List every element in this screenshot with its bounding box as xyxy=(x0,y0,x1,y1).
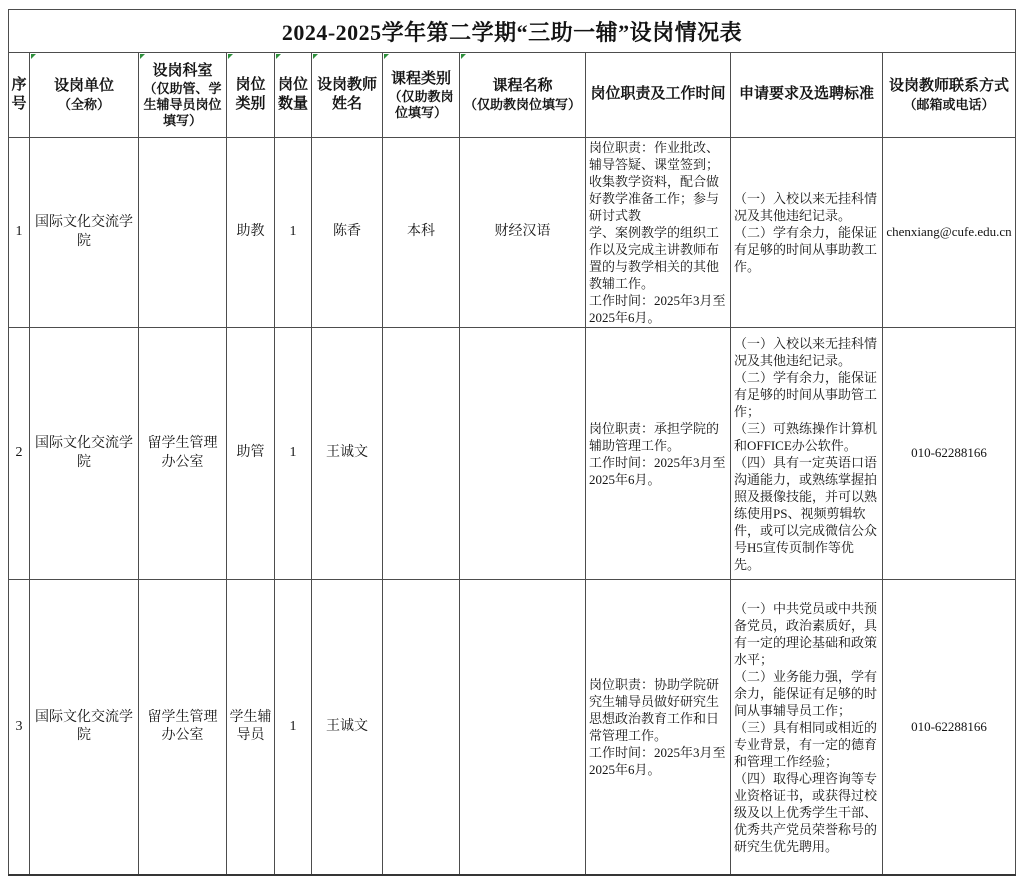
cell-course-name xyxy=(460,328,586,580)
cell-course-name: 财经汉语 xyxy=(460,138,586,328)
cell-course-type xyxy=(383,580,460,876)
cell-quantity: 1 xyxy=(275,328,312,580)
cell-marker-icon xyxy=(461,54,466,59)
position-table: 2024-2025学年第二学期“三助一辅”设岗情况表 序 号 设岗单位 （全称）… xyxy=(8,9,1016,876)
header-label: 设岗科室 xyxy=(141,62,224,82)
cell-category: 助管 xyxy=(227,328,275,580)
header-label: 课程名称 xyxy=(462,77,583,97)
header-label: 岗位 类别 xyxy=(229,76,272,115)
cell-marker-icon xyxy=(384,54,389,59)
header-course-type: 课程类别 （仅助教岗位填写） xyxy=(383,53,460,138)
header-course-name: 课程名称 （仅助教岗位填写） xyxy=(460,53,586,138)
cell-marker-icon xyxy=(31,54,36,59)
spreadsheet-area: 2024-2025学年第二学期“三助一辅”设岗情况表 序 号 设岗单位 （全称）… xyxy=(0,0,1024,876)
cell-department: 留学生管理办公室 xyxy=(139,328,227,580)
header-department: 设岗科室 （仅助管、学生辅导员岗位填写） xyxy=(139,53,227,138)
cell-duties: 岗位职责：承担学院的辅助管理工作。 工作时间：2025年3月至2025年6月。 xyxy=(586,328,731,580)
cell-duties: 岗位职责：协助学院研究生辅导员做好研究生思想政治教育工作和日常管理工作。 工作时… xyxy=(586,580,731,876)
header-sublabel: （仅助管、学生辅导员岗位填写） xyxy=(141,81,224,128)
header-sublabel: （邮箱或电话） xyxy=(885,97,1013,113)
cell-teacher: 王诚文 xyxy=(312,580,383,876)
header-sublabel: （全称） xyxy=(32,97,136,113)
cell-requirements: （一）中共党员或中共预备党员，政治素质好，具有一定的理论基础和政策水平； （二）… xyxy=(731,580,883,876)
header-label: 序 号 xyxy=(11,76,27,115)
header-label: 设岗教师联系方式 xyxy=(885,77,1013,97)
header-sublabel: （仅助教岗位填写） xyxy=(385,89,457,120)
header-label: 岗位职责及工作时间 xyxy=(588,85,728,105)
header-contact: 设岗教师联系方式 （邮箱或电话） xyxy=(883,53,1016,138)
cell-unit: 国际文化交流学院 xyxy=(30,138,139,328)
cell-quantity: 1 xyxy=(275,138,312,328)
table-row: 3 国际文化交流学院 留学生管理办公室 学生辅导员 1 王诚文 岗位职责：协助学… xyxy=(9,580,1016,876)
cell-contact: 010-62288166 xyxy=(883,580,1016,876)
table-row: 2 国际文化交流学院 留学生管理办公室 助管 1 王诚文 岗位职责：承担学院的辅… xyxy=(9,328,1016,580)
cell-course-type: 本科 xyxy=(383,138,460,328)
cell-quantity: 1 xyxy=(275,580,312,876)
header-label: 设岗单位 xyxy=(32,77,136,97)
header-duties: 岗位职责及工作时间 xyxy=(586,53,731,138)
header-seq: 序 号 xyxy=(9,53,30,138)
table-row: 1 国际文化交流学院 助教 1 陈香 本科 财经汉语 岗位职责：作业批改、辅导答… xyxy=(9,138,1016,328)
cell-requirements: （一）入校以来无挂科情况及其他违纪记录。 （二）学有余力，能保证有足够的时间从事… xyxy=(731,328,883,580)
title-row: 2024-2025学年第二学期“三助一辅”设岗情况表 xyxy=(9,10,1016,53)
cell-teacher: 陈香 xyxy=(312,138,383,328)
cell-category: 助教 xyxy=(227,138,275,328)
cell-seq: 2 xyxy=(9,328,30,580)
cell-course-type xyxy=(383,328,460,580)
cell-requirements: （一）入校以来无挂科情况及其他违纪记录。 （二）学有余力，能保证有足够的时间从事… xyxy=(731,138,883,328)
header-quantity: 岗位 数量 xyxy=(275,53,312,138)
cell-contact: chenxiang@cufe.edu.cn xyxy=(883,138,1016,328)
header-row: 序 号 设岗单位 （全称） 设岗科室 （仅助管、学生辅导员岗位填写） 岗位 类别… xyxy=(9,53,1016,138)
cell-marker-icon xyxy=(276,54,281,59)
cell-duties: 岗位职责：作业批改、辅导答疑、课堂签到；收集教学资料，配合做好教学准备工作；参与… xyxy=(586,138,731,328)
cell-seq: 1 xyxy=(9,138,30,328)
header-unit: 设岗单位 （全称） xyxy=(30,53,139,138)
cell-marker-icon xyxy=(140,54,145,59)
cell-seq: 3 xyxy=(9,580,30,876)
cell-unit: 国际文化交流学院 xyxy=(30,580,139,876)
header-category: 岗位 类别 xyxy=(227,53,275,138)
page-title: 2024-2025学年第二学期“三助一辅”设岗情况表 xyxy=(9,10,1016,53)
cell-course-name xyxy=(460,580,586,876)
cell-teacher: 王诚文 xyxy=(312,328,383,580)
cell-unit: 国际文化交流学院 xyxy=(30,328,139,580)
cell-department xyxy=(139,138,227,328)
cell-category: 学生辅导员 xyxy=(227,580,275,876)
cell-marker-icon xyxy=(313,54,318,59)
cell-department: 留学生管理办公室 xyxy=(139,580,227,876)
header-label: 课程类别 xyxy=(385,70,457,90)
header-requirements: 申请要求及选聘标准 xyxy=(731,53,883,138)
header-label: 岗位 数量 xyxy=(277,76,309,115)
header-label: 设岗教师 姓名 xyxy=(314,76,380,115)
header-sublabel: （仅助教岗位填写） xyxy=(462,97,583,113)
header-label: 申请要求及选聘标准 xyxy=(733,85,880,105)
header-teacher: 设岗教师 姓名 xyxy=(312,53,383,138)
cell-contact: 010-62288166 xyxy=(883,328,1016,580)
cell-marker-icon xyxy=(228,54,233,59)
